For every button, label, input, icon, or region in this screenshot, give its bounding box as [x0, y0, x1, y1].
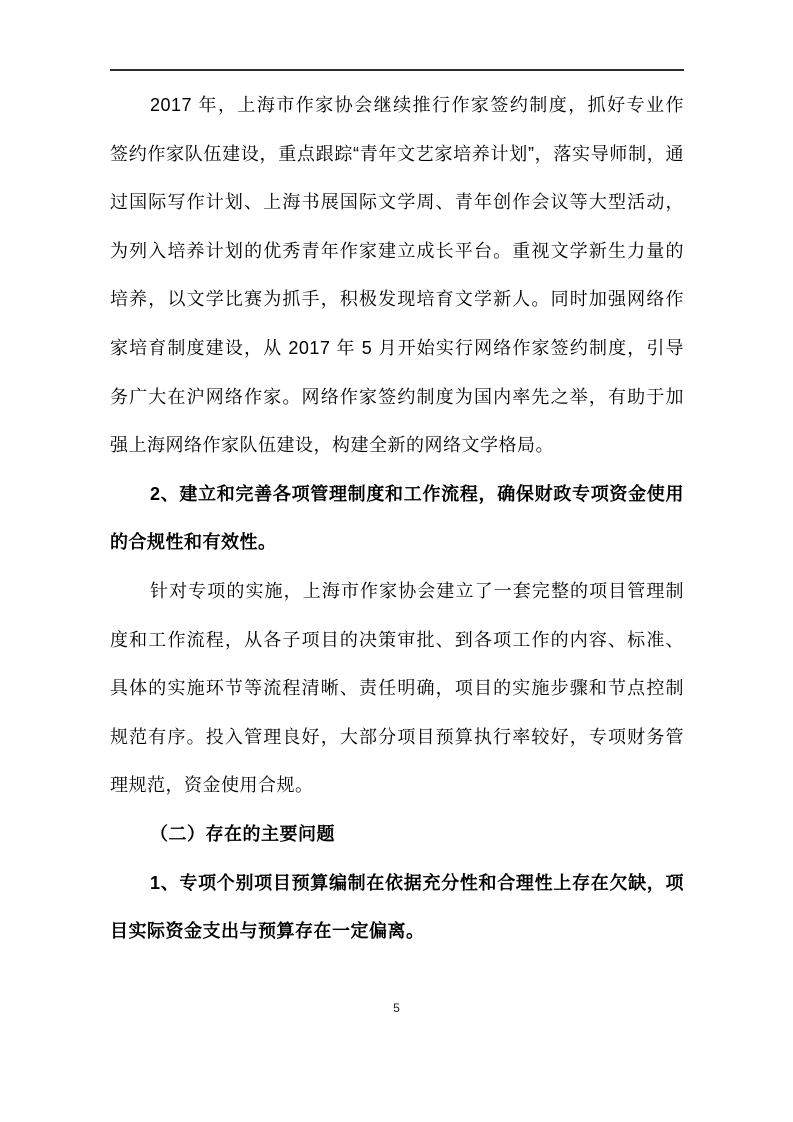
text-line: 签约作家队伍建设，重点跟踪“青年文艺家培养计划”，落实导师制，通 [110, 130, 684, 179]
text-line: 2、建立和完善各项管理制度和工作流程，确保财政专项资金使用 [110, 470, 684, 519]
header-rule [110, 69, 684, 71]
text-line: 理规范，资金使用合规。 [110, 761, 684, 810]
page-number: 5 [0, 997, 793, 1019]
text-line: （二）存在的主要问题 [110, 810, 684, 859]
text-line: 务广大在沪网络作家。网络作家签约制度为国内率先之举，有助于加 [110, 373, 684, 422]
text-line: 规范有序。投入管理良好，大部分项目预算执行率较好，专项财务管 [110, 713, 684, 762]
text-line: 1、专项个别项目预算编制在依据充分性和合理性上存在欠缺，项 [110, 859, 684, 908]
text-line: 的合规性和有效性。 [110, 518, 684, 567]
text-line: 度和工作流程，从各子项目的决策审批、到各项工作的内容、标准、 [110, 616, 684, 665]
text-line: 2017 年，上海市作家协会继续推行作家签约制度，抓好专业作家、 [110, 81, 684, 130]
text-line: 培养，以文学比赛为抓手，积极发现培育文学新人。同时加强网络作 [110, 275, 684, 324]
text-line: 过国际写作计划、上海书展国际文学周、青年创作会议等大型活动， [110, 178, 684, 227]
text-line: 具体的实施环节等流程清晰、责任明确，项目的实施步骤和节点控制 [110, 664, 684, 713]
text-line: 针对专项的实施，上海市作家协会建立了一套完整的项目管理制 [110, 567, 684, 616]
text-line: 为列入培养计划的优秀青年作家建立成长平台。重视文学新生力量的 [110, 227, 684, 276]
document-body: 2017 年，上海市作家协会继续推行作家签约制度，抓好专业作家、签约作家队伍建设… [110, 81, 684, 956]
text-line: 目实际资金支出与预算存在一定偏离。 [110, 907, 684, 956]
text-line: 家培育制度建设，从 2017 年 5 月开始实行网络作家签约制度，引导服 [110, 324, 684, 373]
document-page: 2017 年，上海市作家协会继续推行作家签约制度，抓好专业作家、签约作家队伍建设… [0, 0, 793, 1122]
text-line: 强上海网络作家队伍建设，构建全新的网络文学格局。 [110, 421, 684, 470]
